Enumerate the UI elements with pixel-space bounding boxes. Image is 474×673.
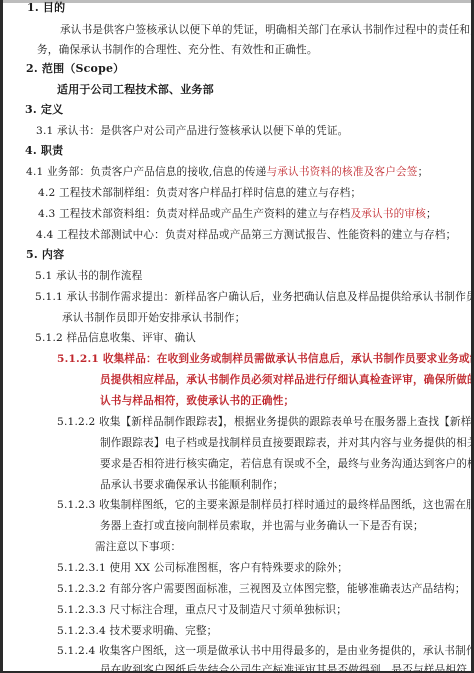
section-heading: 1. 目的	[27, 1, 65, 15]
text-line: 5.1 承认书的制作流程	[35, 269, 142, 283]
text-line: 认书与样品相符，致使承认书的正确性；	[100, 394, 294, 408]
text-line: 4.3 工程技术部资料组：负责对样品或产品生产资料的建立与存档及承认书的审核；	[38, 207, 437, 221]
text-line: 5.1.2.1 收集样品：在收到业务或制样员需做承认书信息后，承认书制作员要求业…	[57, 352, 474, 366]
section-heading: 3. 定义	[25, 103, 63, 117]
text-line: 5.1.2.2 收集【新样品制作跟踪表】，根据业务提供的跟踪表单号在服务器上查找…	[57, 415, 474, 429]
text-line: 5.1.2.3.2 有部分客户需要图面标准，三视图及立体图完整，能够准确表达产品…	[57, 582, 466, 596]
text-line: 务器上查打或直接向制样员索取，并也需与业务确认一下是否有误；	[100, 519, 424, 533]
document-page: 1. 目的承认书是供客户签核承认以便下单的凭证，明确相关部门在承认书制作过程中的…	[0, 0, 474, 673]
text-line: 3.1 承认书：是供客户对公司产品进行签核承认以便下单的凭证。	[36, 124, 348, 138]
highlighted-text: 及承认书的审核	[350, 208, 426, 220]
section-heading: 2. 范围（Scope）	[26, 62, 124, 76]
highlighted-text: 与承认书资料的核准及客户会签	[266, 166, 417, 178]
text-line: 务，确保承认书制作的合理性、充分性、有效性和正确性。	[37, 43, 318, 57]
text-segment: 4.3 工程技术部资料组：负责对样品或产品生产资料的建立与存档	[38, 208, 350, 220]
text-segment: 4.1 业务部：负责客户产品信息的接收,信息的传递	[26, 166, 266, 178]
page-border-left	[0, 0, 3, 673]
text-line: 5.1.2.4 收集客户图纸，这一项是做承认书中用得最多的，是由业务提供的，承认…	[57, 644, 474, 658]
text-line: 需注意以下事项：	[95, 540, 181, 554]
section-heading: 5. 内容	[26, 248, 64, 262]
text-line: 品承认书要求确保承认书能顺利制作；	[100, 478, 284, 492]
text-line: 5.1.2.3 收集制样图纸，它的主要来源是制样员打样时通过的最终样品图纸，这也…	[57, 498, 474, 512]
text-line: 5.1.2.3.3 尺寸标注合理，重点尺寸及制造尺寸须单独标识；	[57, 603, 347, 617]
text-line: 4.1 业务部：负责客户产品信息的接收,信息的传递与承认书资料的核准及客户会签；	[26, 165, 428, 179]
section-heading: 4. 职责	[25, 144, 63, 158]
text-line: 承认书制作员即开始安排承认书制作；	[62, 311, 246, 325]
text-line: 适用于公司工程技术部、业务部	[57, 83, 214, 97]
text-segment: ；	[426, 208, 437, 220]
text-line: 4.2 工程技术部制样组：负责对客户样品打样时信息的建立与存档；	[38, 186, 361, 200]
text-line: 5.1.2.3.4 技术要求明确、完整；	[57, 624, 217, 638]
text-line: 5.1.2 样品信息收集、评审、确认	[35, 331, 196, 345]
text-line: 5.1.1 承认书制作需求提出：新样品客户确认后，业务把确认信息及样品提供给承认…	[35, 290, 474, 304]
text-line: 员提供相应样品，承认书制作员必须对样品进行仔细认真检查评审，确保所做的承	[100, 373, 474, 387]
text-line: 制作跟踪表】电子档或是找制样员直接要跟踪表，并对其内容与业务提供的相关	[100, 436, 474, 450]
text-line: 5.1.2.3.1 使用 XX 公司标准图框，客户有特殊要求的除外；	[57, 561, 348, 575]
text-segment: ；	[418, 166, 429, 178]
text-line: 4.4 工程技术部测试中心：负责对样品或产品第三方测试报告、性能资料的建立与存档…	[36, 228, 456, 242]
text-line: 要求是否相符进行核实确定，若信息有误或不全，最终与业务沟通达到客户的样	[100, 457, 474, 471]
text-line: 承认书是供客户签核承认以便下单的凭证，明确相关部门在承认书制作过程中的责任和义	[60, 23, 474, 37]
